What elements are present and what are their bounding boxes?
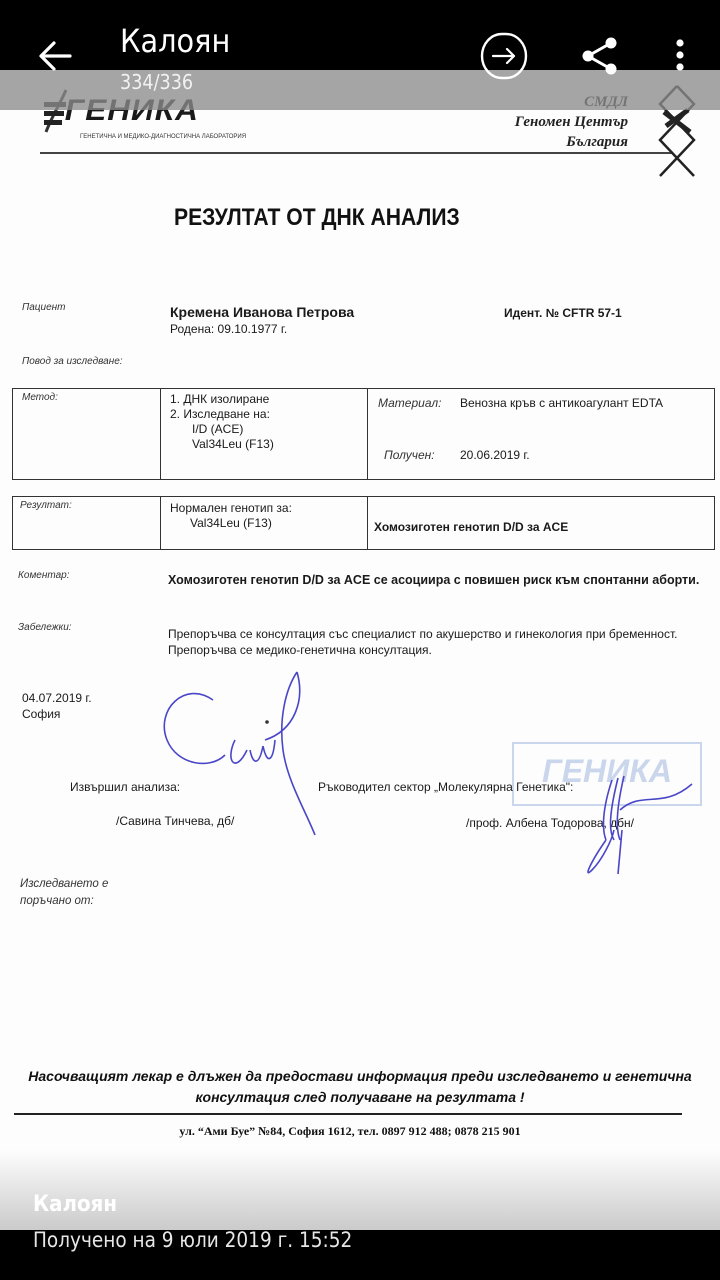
issue-date: 04.07.2019 г. — [22, 690, 92, 706]
issue-date-city: 04.07.2019 г. София — [22, 690, 92, 722]
sender-name: Калоян — [33, 1192, 117, 1217]
performed-name: /Савина Тинчева, дб/ — [116, 814, 234, 828]
notes-line: Препоръчва се медико-генетична консултац… — [168, 642, 677, 658]
header-rule — [40, 152, 672, 154]
notes-line: Препоръчва се консултация със специалист… — [168, 626, 677, 642]
patient-name: Кремена Иванова Петрова — [170, 304, 354, 320]
lab-line-3: България — [515, 132, 628, 152]
lab-line-2: Геномен Център — [515, 112, 628, 132]
patient-label: Пациент — [22, 302, 65, 313]
method-line: Val34Leu (F13) — [170, 437, 274, 452]
patient-ident: Идент. № CFTR 57-1 — [504, 306, 622, 320]
comment-text: Хомозиготен генотип D/D за ACE се асоции… — [168, 573, 699, 587]
method-line: I/D (ACE) — [170, 422, 274, 437]
comment-label: Коментар: — [18, 570, 70, 581]
signature-2 — [572, 770, 702, 880]
more-vert-icon[interactable] — [668, 38, 692, 74]
method-list: 1. ДНК изолиране 2. Изследване на: I/D (… — [170, 392, 274, 452]
result-normal: Нормален генотип за: Val34Leu (F13) — [170, 501, 292, 531]
method-divider-2 — [367, 388, 368, 480]
result-normal-line: Val34Leu (F13) — [170, 516, 292, 531]
reason-label: Повод за изследване: — [22, 356, 123, 367]
performed-label: Извършил анализа: — [70, 780, 180, 794]
result-finding: Хомозиготен генотип D/D за ACE — [374, 520, 568, 534]
ordered-label-line: Изследването е — [20, 876, 108, 893]
lab-address: ул. “Ами Буе” №84, София 1612, тел. 0897… — [0, 1124, 700, 1139]
received-timestamp: Получено на 9 юли 2019 г. 15:52 — [33, 1228, 352, 1252]
notes-label: Забележки: — [18, 622, 72, 633]
ordered-label-line: поръчано от: — [20, 893, 108, 910]
forward-circle-icon[interactable] — [480, 32, 528, 80]
share-icon[interactable] — [580, 36, 620, 76]
result-normal-line: Нормален генотип за: — [170, 501, 292, 516]
result-divider-1 — [160, 496, 161, 550]
issue-city: София — [22, 706, 92, 722]
doctor-notice: Насочващият лекар е длъжен да предостави… — [10, 1066, 710, 1108]
image-counter: 334/336 — [120, 70, 193, 94]
back-arrow-icon[interactable] — [36, 38, 76, 74]
material-label: Материал: — [378, 396, 441, 410]
document-title: РЕЗУЛТАТ ОТ ДНК АНАЛИЗ — [174, 204, 460, 232]
footer-rule — [14, 1113, 682, 1115]
method-divider-1 — [160, 388, 161, 480]
document-image[interactable]: ГЕНИКА ГЕНЕТИЧНА И МЕДИКО-ДИАГНОСТИЧНА Л… — [0, 70, 720, 1230]
notes-text: Препоръчва се консултация със специалист… — [168, 626, 677, 658]
app-bar-overlay — [0, 70, 720, 110]
result-label: Резултат: — [20, 500, 72, 511]
result-divider-2 — [367, 496, 368, 550]
caption-gradient — [0, 1150, 720, 1230]
result-box — [12, 496, 715, 550]
method-label: Метод: — [22, 392, 58, 403]
received-value: 20.06.2019 г. — [460, 448, 530, 462]
ordered-by-label: Изследването е поръчано от: — [20, 876, 108, 910]
chat-title: Калоян — [120, 22, 230, 60]
method-line: 2. Изследване на: — [170, 407, 274, 422]
patient-birth: Родена: 09.10.1977 г. — [170, 322, 287, 336]
received-label: Получен: — [384, 448, 435, 462]
head-label: Ръководител сектор „Молекулярна Генетика… — [318, 780, 573, 794]
method-line: 1. ДНК изолиране — [170, 392, 274, 407]
logo-subtitle: ГЕНЕТИЧНА И МЕДИКО-ДИАГНОСТИЧНА ЛАБОРАТО… — [80, 134, 246, 140]
material-value: Венозна кръв с антикоагулант EDTA — [460, 396, 663, 410]
